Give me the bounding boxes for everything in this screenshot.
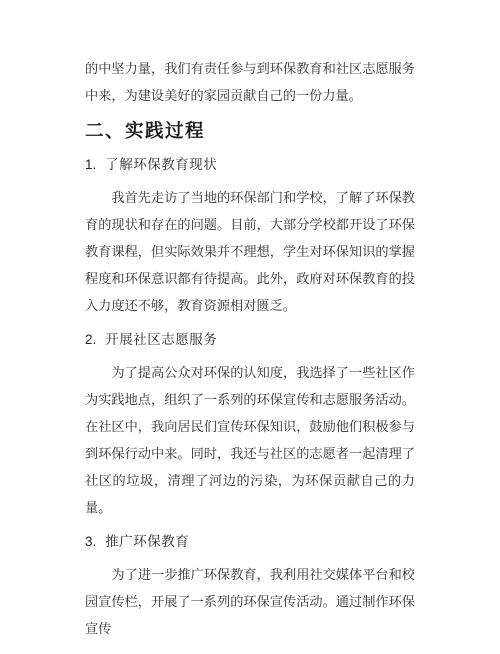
list-item-1-title: 了解环保教育现状 — [105, 157, 217, 172]
list-item-3-title: 推广环保教育 — [105, 534, 189, 549]
list-item-2-title-row: 2.开展社区志愿服务 — [85, 331, 415, 349]
list-item-1: 1.了解环保教育现状 我首先走访了当地的环保部门和学校，了解了环保教育的现状和存… — [85, 156, 415, 319]
list-item-1-paragraph: 我首先走访了当地的环保部门和学校，了解了环保教育的现状和存在的问题。目前，大部分… — [85, 184, 415, 319]
list-item-2-number: 2. — [85, 331, 96, 349]
list-item-3-number: 3. — [85, 533, 96, 551]
document-page: 的中坚力量，我们有责任参与到环保教育和社区志愿服务中来，为建设美好的家园贡献自己… — [0, 0, 500, 654]
list-item-1-number: 1. — [85, 156, 96, 174]
section-heading: 二、实践过程 — [85, 118, 415, 144]
list-item-2-paragraph: 为了提高公众对环保的认知度，我选择了一些社区作为实践地点，组织了一系列的环保宣传… — [85, 359, 415, 521]
list-item-2: 2.开展社区志愿服务 为了提高公众对环保的认知度，我选择了一些社区作为实践地点，… — [85, 331, 415, 521]
list-item-2-title: 开展社区志愿服务 — [105, 332, 217, 347]
list-item-3-title-row: 3.推广环保教育 — [85, 533, 415, 551]
list-item-1-title-row: 1.了解环保教育现状 — [85, 156, 415, 174]
list-item-3-paragraph: 为了进一步推广环保教育，我利用社交媒体平台和校园宣传栏，开展了一系列的环保宣传活… — [85, 561, 415, 642]
list-item-3: 3.推广环保教育 为了进一步推广环保教育，我利用社交媒体平台和校园宣传栏，开展了… — [85, 533, 415, 642]
intro-continuation-paragraph: 的中坚力量，我们有责任参与到环保教育和社区志愿服务中来，为建设美好的家园贡献自己… — [85, 55, 415, 109]
